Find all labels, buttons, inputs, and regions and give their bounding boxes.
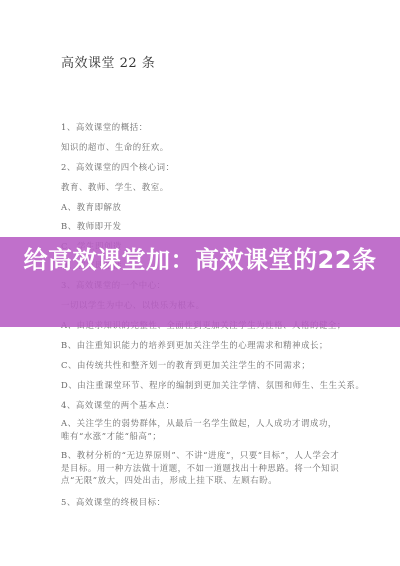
doc-line: 5、高效课堂的终极目标： xyxy=(61,496,166,508)
document-title: 高效课堂 22 条 xyxy=(61,52,155,71)
doc-line: 知识的超市、生命的狂欢。 xyxy=(61,141,169,153)
doc-paragraph: B、教材分析的“无边界原则”、不讲“进度”，只要“目标”，人人学会才是目标。用一… xyxy=(61,449,345,487)
doc-line: 教育、教师、学生、教室。 xyxy=(61,181,169,193)
doc-line: 1、高效课堂的概括： xyxy=(61,121,148,133)
banner-title: 给高效课堂加：高效课堂的22条 xyxy=(0,244,400,277)
doc-paragraph: A、关注学生的弱势群体，从最后一名学生做起，人人成功才谓成功，唯有“水涨”才能“… xyxy=(61,417,345,442)
doc-line: 4、高效课堂的两个基本点： xyxy=(61,399,175,411)
doc-line: B、由注重知识能力的培养到更加关注学生的心理需求和精神成长； xyxy=(61,339,328,351)
doc-line: A、教育即解放 xyxy=(61,201,122,213)
doc-line: B、教师即开发 xyxy=(61,220,122,232)
doc-line: C、由传统共性和整齐划一的教育到更加关注学生的不同需求； xyxy=(61,359,310,371)
doc-line: D、由注重课堂环节、程序的编制到更加关注学情、氛围和师生、生生关系。 xyxy=(61,379,365,391)
doc-line: 2、高效课堂的四个核心词： xyxy=(61,161,175,173)
